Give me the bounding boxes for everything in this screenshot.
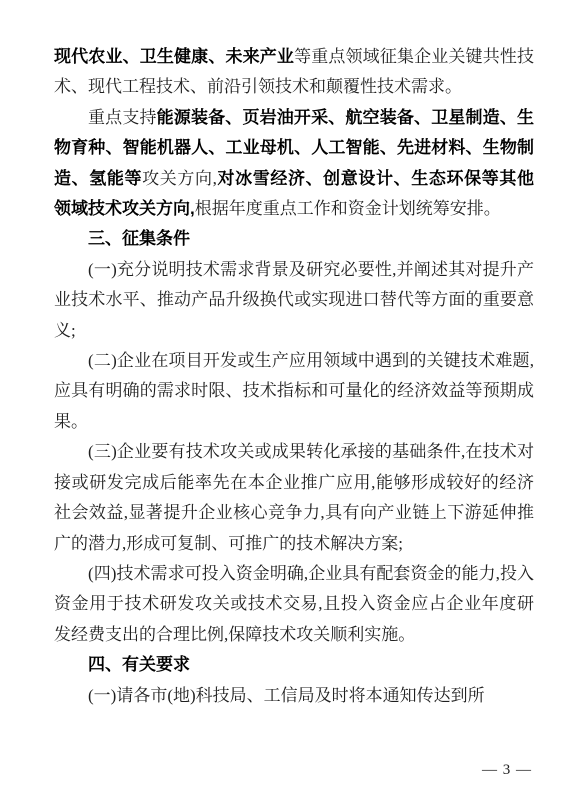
text-run: (一)充分说明技术需求背景及研究必要性,并阐述其对提升产业技术水平、推动产品升级…: [54, 260, 534, 340]
text-run: 攻关方向,: [142, 169, 217, 188]
section-heading: 四、有关要求: [54, 650, 534, 680]
paragraph: (一)充分说明技术需求背景及研究必要性,并阐述其对提升产业技术水平、推动产品升级…: [54, 255, 534, 346]
text-run: 重点支持: [88, 108, 157, 127]
paragraph: (二)企业在项目开发或生产应用领域中遇到的关键技术难题,应具有明确的需求时限、技…: [54, 346, 534, 437]
paragraph: (一)请各市(地)科技局、工信局及时将本通知传达到所: [54, 681, 534, 711]
text-run: 根据年度重点工作和资金计划统筹安排。: [195, 199, 501, 218]
document-page: 现代农业、卫生健康、未来产业等重点领域征集企业关键共性技术、现代工程技术、前沿引…: [0, 0, 581, 811]
text-run: (四)技术需求可投入资金明确,企业具有配套资金的能力,投入资金用于技术研发攻关或…: [54, 564, 534, 644]
text-run: 四、有关要求: [88, 655, 190, 674]
paragraph: 现代农业、卫生健康、未来产业等重点领域征集企业关键共性技术、现代工程技术、前沿引…: [54, 42, 534, 103]
page-number: — 3 —: [482, 762, 532, 779]
document-body: 现代农业、卫生健康、未来产业等重点领域征集企业关键共性技术、现代工程技术、前沿引…: [54, 42, 534, 711]
text-run: (一)请各市(地)科技局、工信局及时将本通知传达到所: [88, 686, 485, 705]
paragraph: (四)技术需求可投入资金明确,企业具有配套资金的能力,投入资金用于技术研发攻关或…: [54, 559, 534, 650]
text-run: (二)企业在项目开发或生产应用领域中遇到的关键技术难题,应具有明确的需求时限、技…: [54, 351, 534, 431]
section-heading: 三、征集条件: [54, 224, 534, 254]
text-run: 三、征集条件: [88, 229, 190, 248]
text-run: 现代农业、卫生健康、未来产业: [54, 47, 294, 66]
text-run: (三)企业要有技术攻关或成果转化承接的基础条件,在技术对接或研发完成后能率先在本…: [54, 442, 534, 552]
paragraph: 重点支持能源装备、页岩油开采、航空装备、卫星制造、生物育种、智能机器人、工业母机…: [54, 103, 534, 225]
paragraph: (三)企业要有技术攻关或成果转化承接的基础条件,在技术对接或研发完成后能率先在本…: [54, 437, 534, 559]
